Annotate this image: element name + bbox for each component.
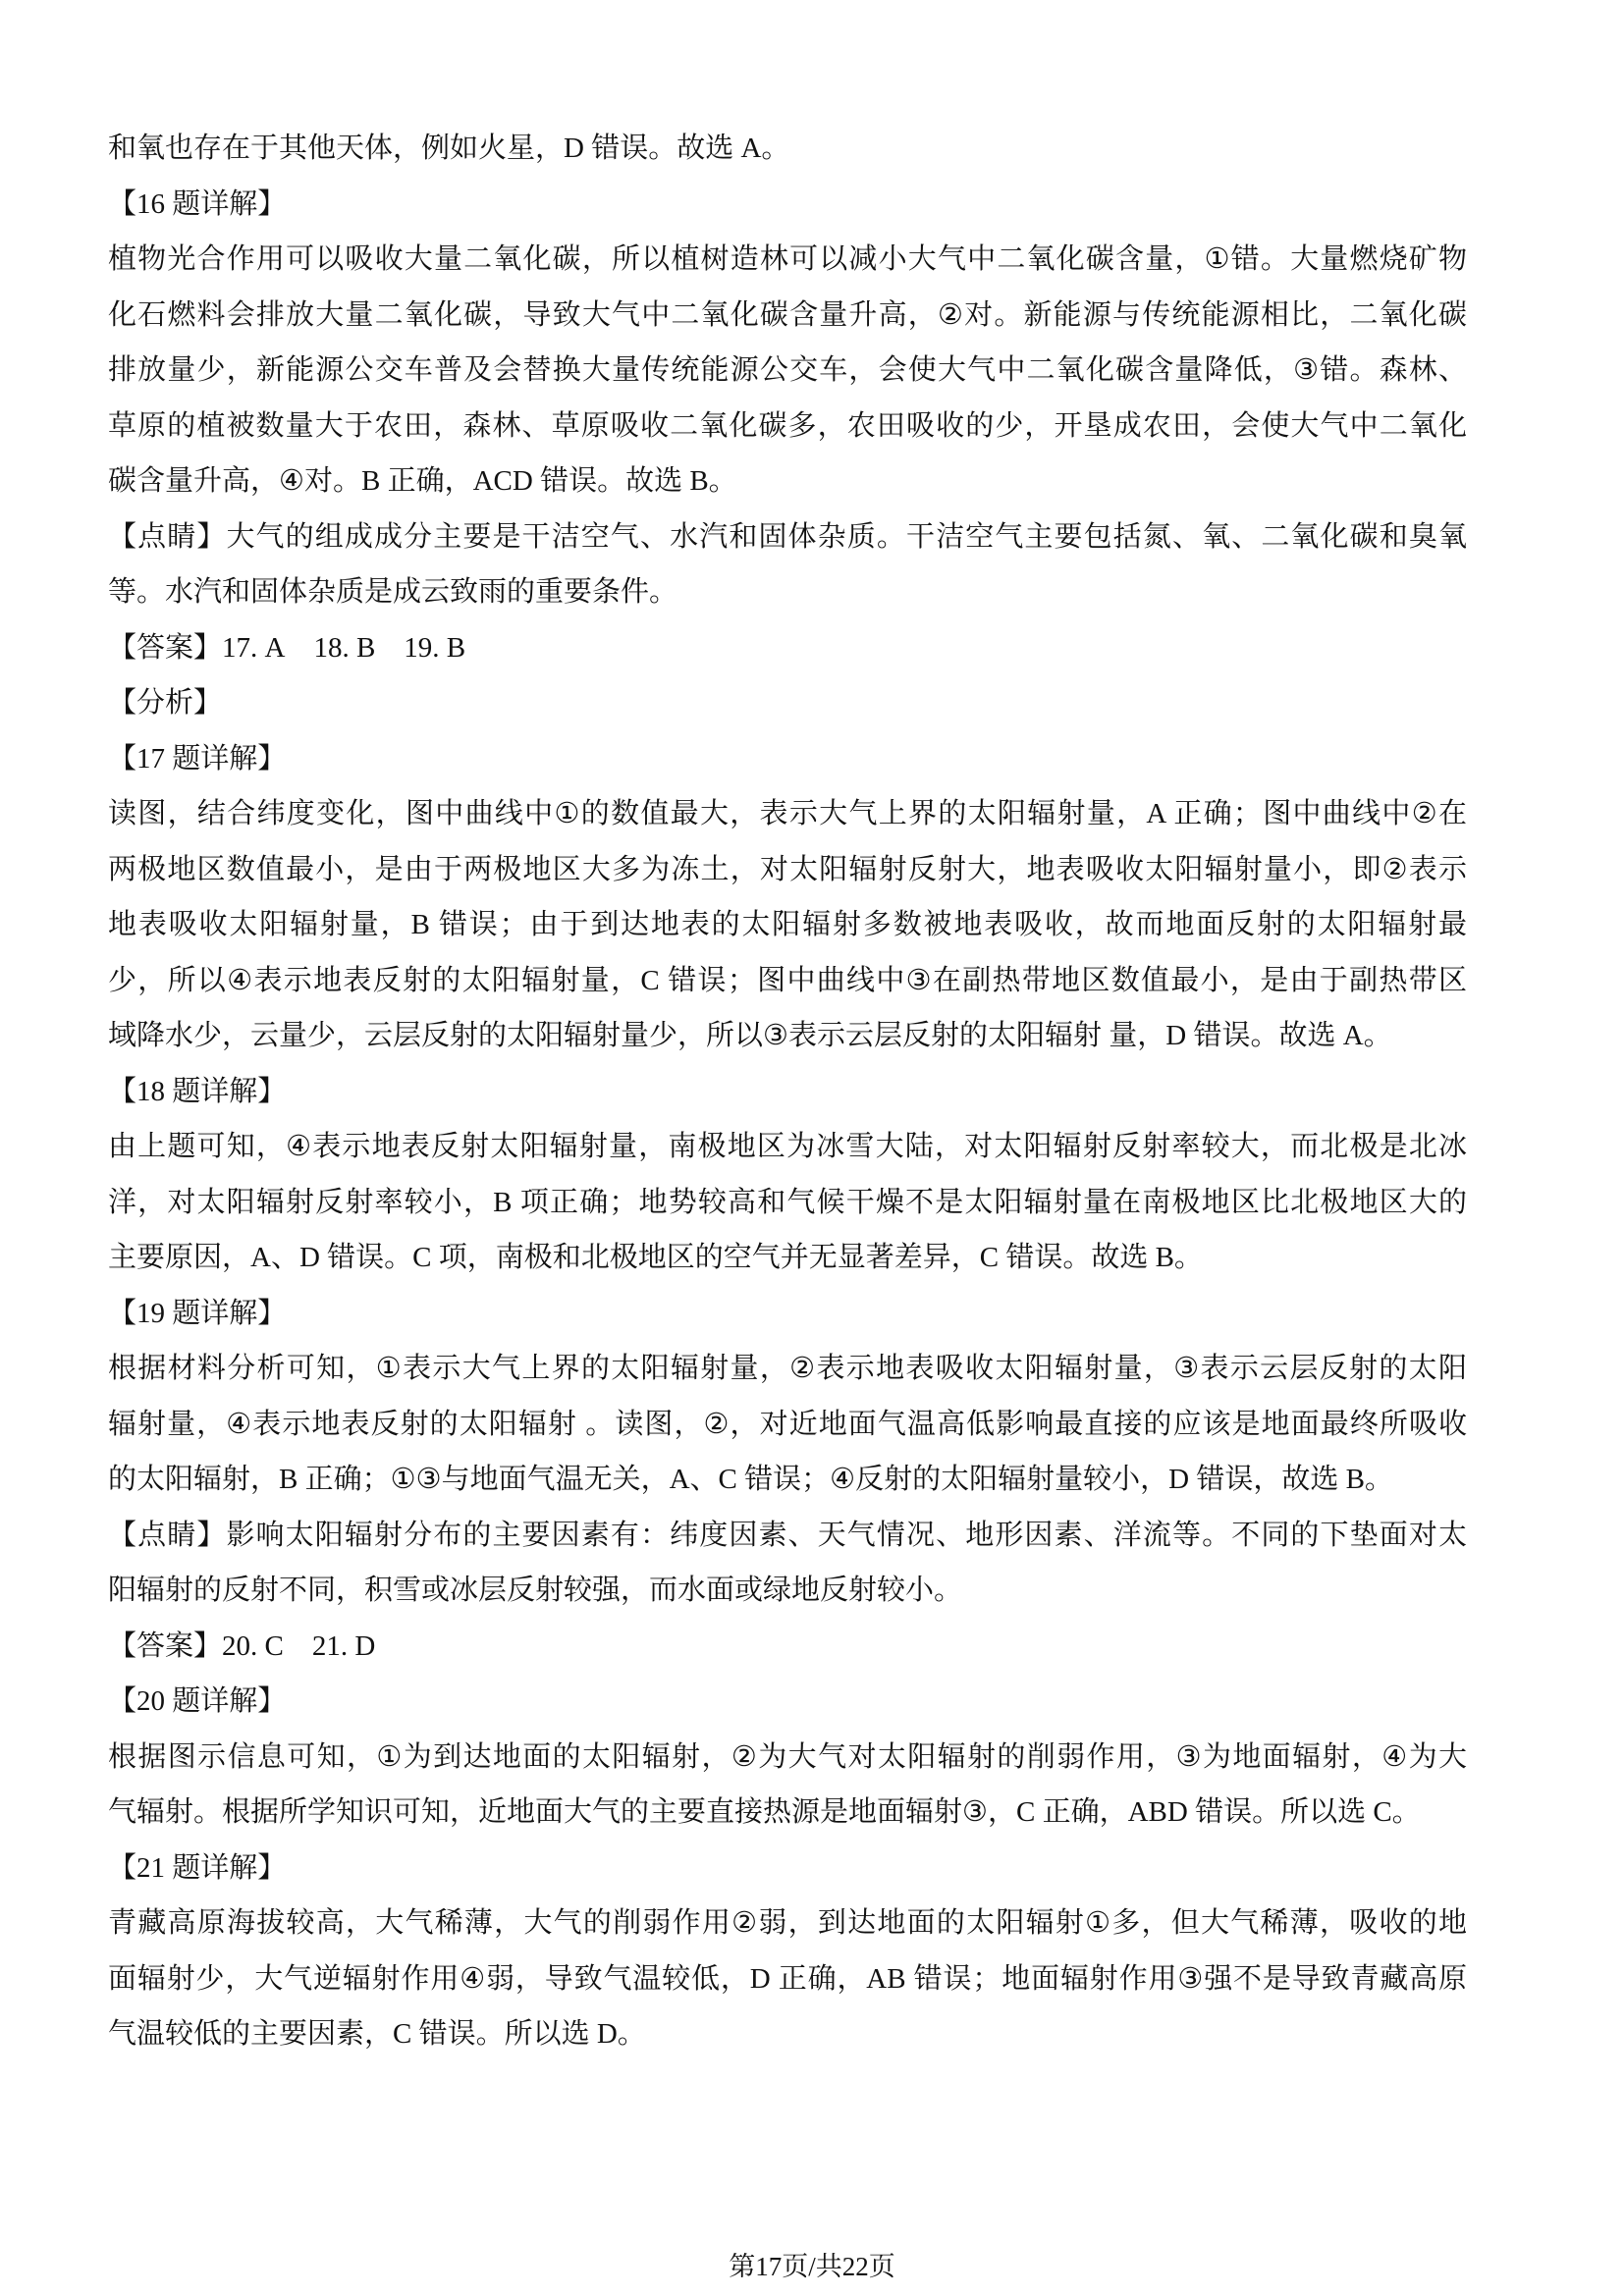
text-line: 【答案】20. C 21. D — [108, 1619, 1467, 1675]
paragraph: 读图，结合纬度变化，图中曲线中①的数值最大，表示大气上界的太阳辐射量，A 正确；… — [108, 786, 1467, 1064]
text-line: 主要原因，A、D 错误。C 项，南极和北极地区的空气并无显著差异，C 错误。故选… — [108, 1230, 1467, 1286]
text-line: 化石燃料会排放大量二氧化碳，导致大气中二氧化碳含量升高，②对。新能源与传统能源相… — [108, 288, 1467, 344]
text-line: 读图，结合纬度变化，图中曲线中①的数值最大，表示大气上界的太阳辐射量，A 正确；… — [108, 786, 1467, 842]
text-line: 【分析】 — [108, 675, 1467, 731]
text-line: 【17 题详解】 — [108, 731, 1467, 787]
text-line: 【18 题详解】 — [108, 1064, 1467, 1120]
text-line: 【点睛】影响太阳辐射分布的主要因素有：纬度因素、天气情况、地形因素、洋流等。不同… — [108, 1508, 1467, 1564]
paragraph: 青藏高原海拔较高，大气稀薄，大气的削弱作用②弱，到达地面的太阳辐射①多，但大气稀… — [108, 1896, 1467, 2062]
text-line: 由上题可知，④表示地表反射太阳辐射量，南极地区为冰雪大陆，对太阳辐射反射率较大，… — [108, 1119, 1467, 1175]
text-line: 排放量少，新能源公交车普及会替换大量传统能源公交车，会使大气中二氧化碳含量降低，… — [108, 343, 1467, 399]
text-line: 根据图示信息可知，①为到达地面的太阳辐射，②为大气对太阳辐射的削弱作用，③为地面… — [108, 1730, 1467, 1786]
paragraph: 【分析】 — [108, 675, 1467, 731]
paragraph: 【19 题详解】 — [108, 1286, 1467, 1342]
paragraph: 【18 题详解】 — [108, 1064, 1467, 1120]
text-line: 少，所以④表示地表反射的太阳辐射量，C 错误；图中曲线中③在副热带地区数值最小，… — [108, 953, 1467, 1009]
text-line: 【答案】17. A 18. B 19. B — [108, 620, 1467, 676]
text-line: 和氧也存在于其他天体，例如火星，D 错误。故选 A。 — [108, 121, 1467, 177]
paragraph: 【点睛】影响太阳辐射分布的主要因素有：纬度因素、天气情况、地形因素、洋流等。不同… — [108, 1508, 1467, 1619]
text-line: 洋，对太阳辐射反射率较小，B 项正确；地势较高和气候干燥不是太阳辐射量在南极地区… — [108, 1175, 1467, 1231]
paragraph: 【答案】20. C 21. D — [108, 1619, 1467, 1675]
text-line: 根据材料分析可知，①表示大气上界的太阳辐射量，②表示地表吸收太阳辐射量，③表示云… — [108, 1341, 1467, 1397]
text-line: 【16 题详解】 — [108, 177, 1467, 233]
text-line: 青藏高原海拔较高，大气稀薄，大气的削弱作用②弱，到达地面的太阳辐射①多，但大气稀… — [108, 1896, 1467, 1951]
text-line: 的太阳辐射，B 正确；①③与地面气温无关，A、C 错误；④反射的太阳辐射量较小，… — [108, 1452, 1467, 1508]
text-line: 域降水少，云量少，云层反射的太阳辐射量少，所以③表示云层反射的太阳辐射 量，D … — [108, 1008, 1467, 1064]
text-line: 【19 题详解】 — [108, 1286, 1467, 1342]
text-line: 两极地区数值最小，是由于两极地区大多为冻土，对太阳辐射反射大，地表吸收太阳辐射量… — [108, 842, 1467, 898]
text-line: 辐射量，④表示地表反射的太阳辐射 。读图，②，对近地面气温高低影响最直接的应该是… — [108, 1397, 1467, 1453]
text-line: 地表吸收太阳辐射量，B 错误；由于到达地表的太阳辐射多数被地表吸收，故而地面反射… — [108, 897, 1467, 953]
text-line: 气辐射。根据所学知识可知，近地面大气的主要直接热源是地面辐射③，C 正确，ABD… — [108, 1785, 1467, 1841]
paragraph: 【20 题详解】 — [108, 1674, 1467, 1730]
text-line: 碳含量升高，④对。B 正确，ACD 错误。故选 B。 — [108, 454, 1467, 509]
paragraph: 【点睛】大气的组成成分主要是干洁空气、水汽和固体杂质。干洁空气主要包括氮、氧、二… — [108, 509, 1467, 620]
paragraph: 根据材料分析可知，①表示大气上界的太阳辐射量，②表示地表吸收太阳辐射量，③表示云… — [108, 1341, 1467, 1508]
paragraph: 植物光合作用可以吸收大量二氧化碳，所以植树造林可以减小大气中二氧化碳含量，①错。… — [108, 232, 1467, 509]
page-number: 第17页/共22页 — [729, 2252, 895, 2281]
text-line: 【20 题详解】 — [108, 1674, 1467, 1730]
text-line: 植物光合作用可以吸收大量二氧化碳，所以植树造林可以减小大气中二氧化碳含量，①错。… — [108, 232, 1467, 288]
paragraph: 由上题可知，④表示地表反射太阳辐射量，南极地区为冰雪大陆，对太阳辐射反射率较大，… — [108, 1119, 1467, 1286]
document-body: 和氧也存在于其他天体，例如火星，D 错误。故选 A。【16 题详解】植物光合作用… — [108, 121, 1467, 2062]
text-line: 面辐射少，大气逆辐射作用④弱，导致气温较低，D 正确，AB 错误；地面辐射作用③… — [108, 1951, 1467, 2007]
document-page: 和氧也存在于其他天体，例如火星，D 错误。故选 A。【16 题详解】植物光合作用… — [0, 0, 1624, 2296]
page-footer: 第17页/共22页 — [0, 2249, 1624, 2284]
paragraph: 【21 题详解】 — [108, 1841, 1467, 1896]
paragraph: 【答案】17. A 18. B 19. B — [108, 620, 1467, 676]
paragraph: 【17 题详解】 — [108, 731, 1467, 787]
text-line: 气温较低的主要因素，C 错误。所以选 D。 — [108, 2006, 1467, 2062]
paragraph: 根据图示信息可知，①为到达地面的太阳辐射，②为大气对太阳辐射的削弱作用，③为地面… — [108, 1730, 1467, 1841]
text-line: 【21 题详解】 — [108, 1841, 1467, 1896]
text-line: 【点睛】大气的组成成分主要是干洁空气、水汽和固体杂质。干洁空气主要包括氮、氧、二… — [108, 509, 1467, 565]
text-line: 草原的植被数量大于农田，森林、草原吸收二氧化碳多，农田吸收的少，开垦成农田，会使… — [108, 399, 1467, 454]
paragraph: 和氧也存在于其他天体，例如火星，D 错误。故选 A。 — [108, 121, 1467, 177]
text-line: 等。水汽和固体杂质是成云致雨的重要条件。 — [108, 564, 1467, 620]
text-line: 阳辐射的反射不同，积雪或冰层反射较强，而水面或绿地反射较小。 — [108, 1563, 1467, 1619]
paragraph: 【16 题详解】 — [108, 177, 1467, 233]
